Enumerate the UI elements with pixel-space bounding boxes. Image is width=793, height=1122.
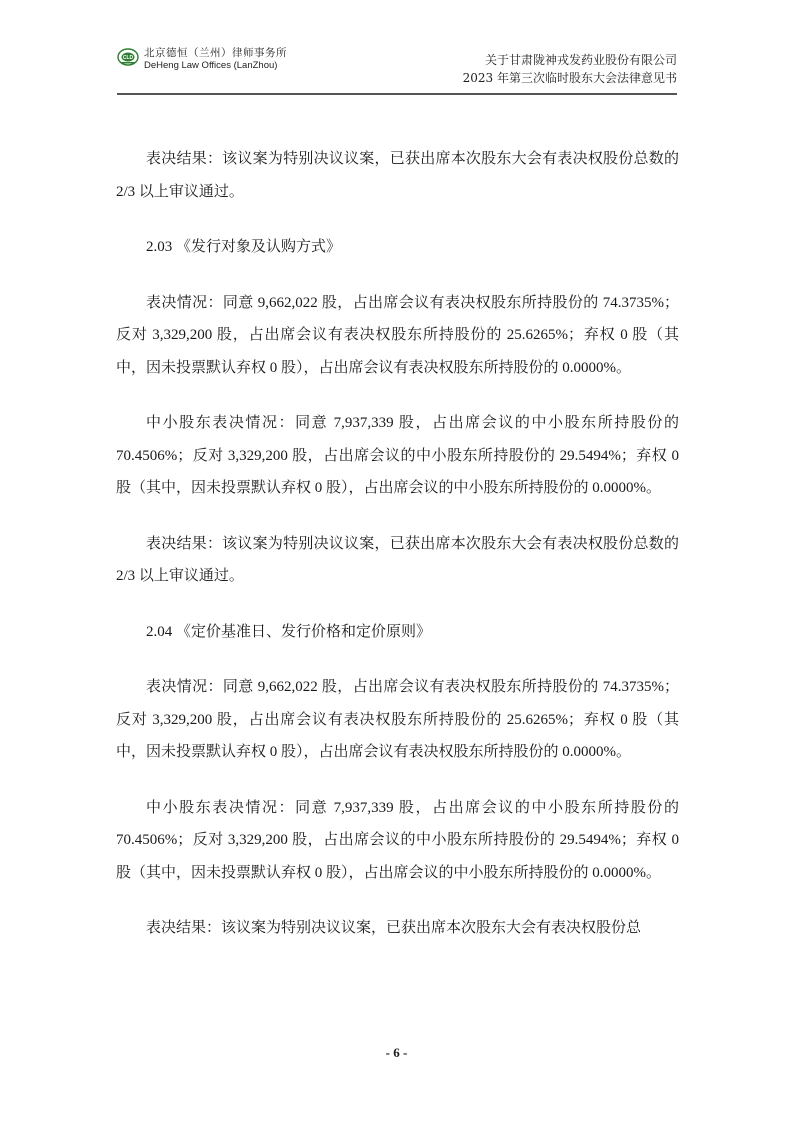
document-title-line1: 关于甘肃陇神戎发药业股份有限公司 (463, 51, 677, 69)
paragraph-vote-result: 表决结果：该议案为特别决议议案，已获出席本次股东大会有表决权股份总数的 2/3 … (116, 143, 679, 208)
document-title: 关于甘肃陇神戎发药业股份有限公司 2023 年第三次临时股东大会法律意见书 (463, 51, 677, 87)
paragraph-vote-result: 表决结果：该议案为特别决议议案，已获出席本次股东大会有表决权股份总 (116, 912, 679, 945)
section-heading-2-04: 2.04 《定价基准日、发行价格和定价原则》 (116, 616, 679, 649)
paragraph-minority-vote: 中小股东表决情况：同意 7,937,339 股，占出席会议的中小股东所持股份的 … (116, 407, 679, 505)
paragraph-vote-detail: 表决情况：同意 9,662,022 股，占出席会议有表决权股东所持股份的 74.… (116, 287, 679, 385)
paragraph-vote-detail: 表决情况：同意 9,662,022 股，占出席会议有表决权股东所持股份的 74.… (116, 671, 679, 769)
firm-name-en: DeHeng Law Offices (LanZhou) (144, 60, 287, 72)
document-body: 表决结果：该议案为特别决议议案，已获出席本次股东大会有表决权股份总数的 2/3 … (116, 143, 679, 968)
page-header: CLD 北京德恒（兰州）律师事务所 DeHeng Law Offices (La… (117, 44, 677, 94)
firm-name-cn: 北京德恒（兰州）律师事务所 (144, 47, 287, 60)
section-heading-2-03: 2.03 《发行对象及认购方式》 (116, 231, 679, 264)
deheng-law-logo-icon: CLD (117, 48, 139, 66)
svg-text:CLD: CLD (123, 55, 134, 61)
firm-name: 北京德恒（兰州）律师事务所 DeHeng Law Offices (LanZho… (144, 47, 287, 72)
paragraph-vote-result: 表决结果：该议案为特别决议议案，已获出席本次股东大会有表决权股份总数的 2/3 … (116, 528, 679, 593)
page-number: - 6 - (0, 1045, 793, 1061)
header-divider (117, 93, 677, 95)
paragraph-minority-vote: 中小股东表决情况：同意 7,937,339 股，占出席会议的中小股东所持股份的 … (116, 792, 679, 890)
document-title-line2: 2023 年第三次临时股东大会法律意见书 (463, 69, 677, 87)
